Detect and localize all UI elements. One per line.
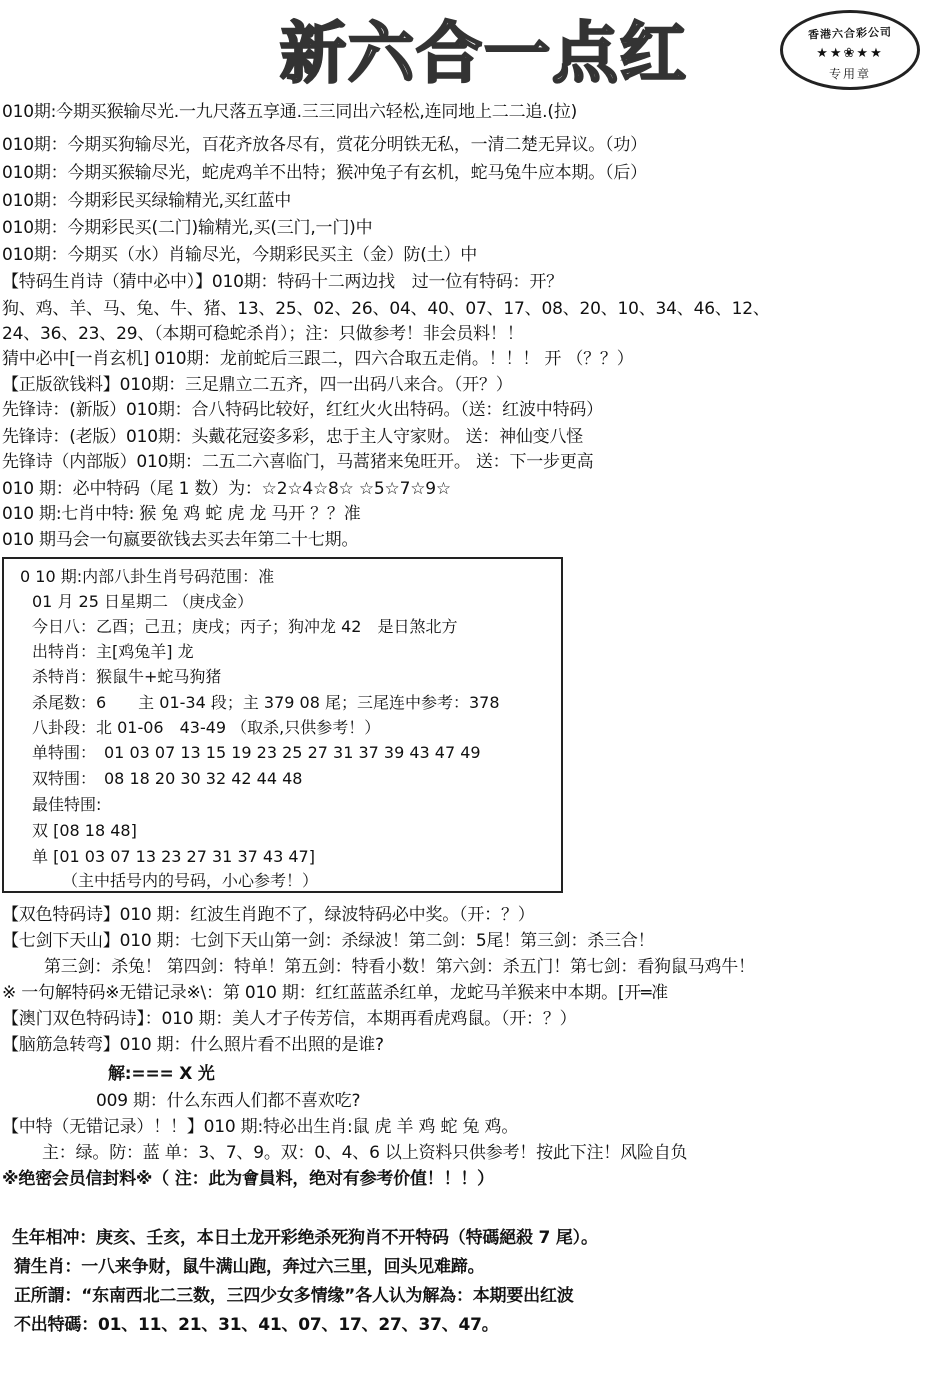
stamp-company-name: 香港六合彩公司 <box>791 23 909 43</box>
text-line-special-zodiac: 【中特（无错记录）！！】010 期:特必出生肖:鼠 虎 羊 鸡 蛇 兔 鸡。 <box>2 1116 518 1138</box>
text-line-pioneer-old: 先锋诗：(老版）010期：头戴花冠姿多彩，忠于主人守家财。 送：神仙变八怪 <box>2 426 583 448</box>
box-line-odd-range: 单特围： 01 03 07 13 15 19 23 25 27 31 37 39… <box>32 743 481 763</box>
box-line-best-range: 最佳特围: <box>32 795 101 815</box>
text-line-seven-zodiac: 010 期:七肖中特: 猴 兔 鸡 蛇 虎 龙 马开 ？？准 <box>2 503 361 525</box>
text-line-saying: 正所謂：“东南西北二三数，三四少女多情缘”各人认为解為：本期要出红波 <box>14 1285 574 1307</box>
text-line-number-list-1: 狗、鸡、羊、马、兔、牛、猪、13、25、02、26、04、40、07、17、08… <box>2 298 770 320</box>
company-stamp: 香港六合彩公司 ★★❀★★ 专用章 <box>780 10 920 90</box>
text-line-main-guard: 主：绿。防：蓝 单：3、7、9。双：0、4、6 以上资料只供参考！按此下注！风险… <box>42 1142 687 1164</box>
text-line-prediction-4: 010期：今期彩民买绿输精光,买红蓝中 <box>2 190 291 212</box>
box-line-bagua-segment: 八卦段：北 01-06 43-49 （取杀,只供参考！） <box>32 718 380 738</box>
text-line-prediction-3: 010期：今期买猴输尽光，蛇虎鸡羊不出特；猴冲兔子有玄机，蛇马兔牛应本期。（后） <box>2 162 647 184</box>
text-line-year-clash: 生年相冲：庚亥、壬亥，本日土龙开彩绝杀死狗肖不开特码（特碼絕殺 7 尾）。 <box>12 1227 598 1249</box>
page-title: 新六合一点红 <box>280 14 680 94</box>
box-line-even-range: 双特围： 08 18 20 30 32 42 44 48 <box>32 769 302 789</box>
text-line-prediction-1: 010期:今期买猴输尽光.一九尺落五享通.三三同出六轻松,连同地上二二追.(拉) <box>2 101 577 123</box>
box-line-header: 0 10 期:内部八卦生肖号码范围：准 <box>20 567 274 587</box>
internal-bagua-box: 0 10 期:内部八卦生肖号码范围：准 01 月 25 日星期二 （庚戌金） 今… <box>2 557 563 893</box>
text-line-one-sentence: ※ 一句解特码※无错记录※\：第 010 期：红红蓝蓝杀红单，龙蛇马羊猴来中本期… <box>2 982 668 1004</box>
text-line-prediction-2: 010期：今期买狗输尽光，百花齐放各尽有，赏花分明铁无私，一清二楚无异议。（功） <box>2 134 647 156</box>
text-line-teaser-009: 009 期：什么东西人们都不喜欢吃? <box>96 1090 360 1112</box>
text-line-prediction-5: 010期：今期彩民买(二门)输精光,买(三门,一门)中 <box>2 217 372 239</box>
box-line-date: 01 月 25 日星期二 （庚戌金） <box>32 592 253 612</box>
box-line-best-odd: 单 [01 03 07 13 23 27 31 37 43 47] <box>32 847 315 867</box>
box-line-kill-tail: 杀尾数：6 主 01-34 段；主 379 08 尾；三尾连中参考：378 <box>32 693 500 713</box>
text-line-jockey-club: 010 期马会一句嬴要欲钱去买去年第二十七期。 <box>2 529 358 551</box>
text-line-official-material: 【正版欲钱料】010期：三足鼎立二五齐，四一出码八来合。（开？） <box>2 374 513 396</box>
text-line-number-list-2: 24、36、23、29、（本期可稳蛇杀肖）；注：只做参考！非会员料！！ <box>2 323 524 345</box>
text-line-teaser-answer: 解:=== X 光 <box>108 1063 215 1085</box>
box-line-kill-zodiac: 杀特肖：猴鼠牛+蛇马狗猪 <box>32 667 221 687</box>
text-line-pioneer-new: 先锋诗：(新版）010期：合八特码比较好，红红火火出特码。（送：红波中特码） <box>2 399 603 421</box>
text-line-two-color-poem: 【双色特码诗】010 期：红波生肖跑不了，绿波特码必中奖。（开：？） <box>2 904 535 926</box>
text-line-pioneer-internal: 先锋诗（内部版）010期：二五二六喜临门，马蒿猪来兔旺开。 送：下一步更高 <box>2 451 593 473</box>
box-line-best-even: 双 [08 18 48] <box>32 821 137 841</box>
box-line-today-eight: 今日八：乙酉；己丑；庚戌；丙子；狗冲龙 42 是日煞北方 <box>32 617 457 637</box>
stamp-label: 专用章 <box>783 65 917 82</box>
text-line-guess-zodiac: 猜生肖：一八来争财，鼠牛满山跑，奔过六三里，回头见难蹄。 <box>14 1256 484 1278</box>
text-line-excluded-numbers: 不出特碼：01、11、21、31、41、07、17、27、37、47。 <box>14 1314 499 1336</box>
box-line-note: （主中括号内的号码，小心参考！） <box>62 871 318 891</box>
text-line-one-zodiac: 猜中必中[一肖玄机] 010期：龙前蛇后三跟二，四六合取五走俏。！！！ 开 （？… <box>2 348 634 370</box>
box-line-out-zodiac: 出特肖：主[鸡兔羊] 龙 <box>32 642 194 662</box>
text-line-zodiac-poem: 【特码生肖诗（猜中必中）】010期：特码十二两边找 过一位有特码：开？ <box>2 271 563 293</box>
text-line-seven-swords-1: 【七剑下天山】010 期：七剑下天山第一剑：杀绿波！第二剑：5尾！第三剑：杀三合… <box>2 930 654 952</box>
text-line-macau-poem: 【澳门双色特码诗】：010 期：美人才子传芳信，本期再看虎鸡鼠。（开：？） <box>2 1008 576 1030</box>
text-line-brain-teaser: 【脑筋急转弯】010 期：什么照片看不出照的是谁? <box>2 1034 384 1056</box>
text-line-secret-member: ※绝密会员信封料※（ 注：此为會員料，绝对有参考价值！！！） <box>2 1168 494 1190</box>
text-line-prediction-6: 010期：今期买（水）肖输尽光，今期彩民买主（金）防(土）中 <box>2 244 477 266</box>
text-line-tail-number: 010 期：必中特码（尾 1 数）为：☆2☆4☆8☆ ☆5☆7☆9☆ <box>2 478 451 500</box>
stamp-stars-icon: ★★❀★★ <box>783 46 917 61</box>
text-line-seven-swords-2: 第三剑：杀兔！ 第四剑：特单！第五剑：特看小数！第六剑：杀五门！第七剑：看狗鼠马… <box>44 956 755 978</box>
